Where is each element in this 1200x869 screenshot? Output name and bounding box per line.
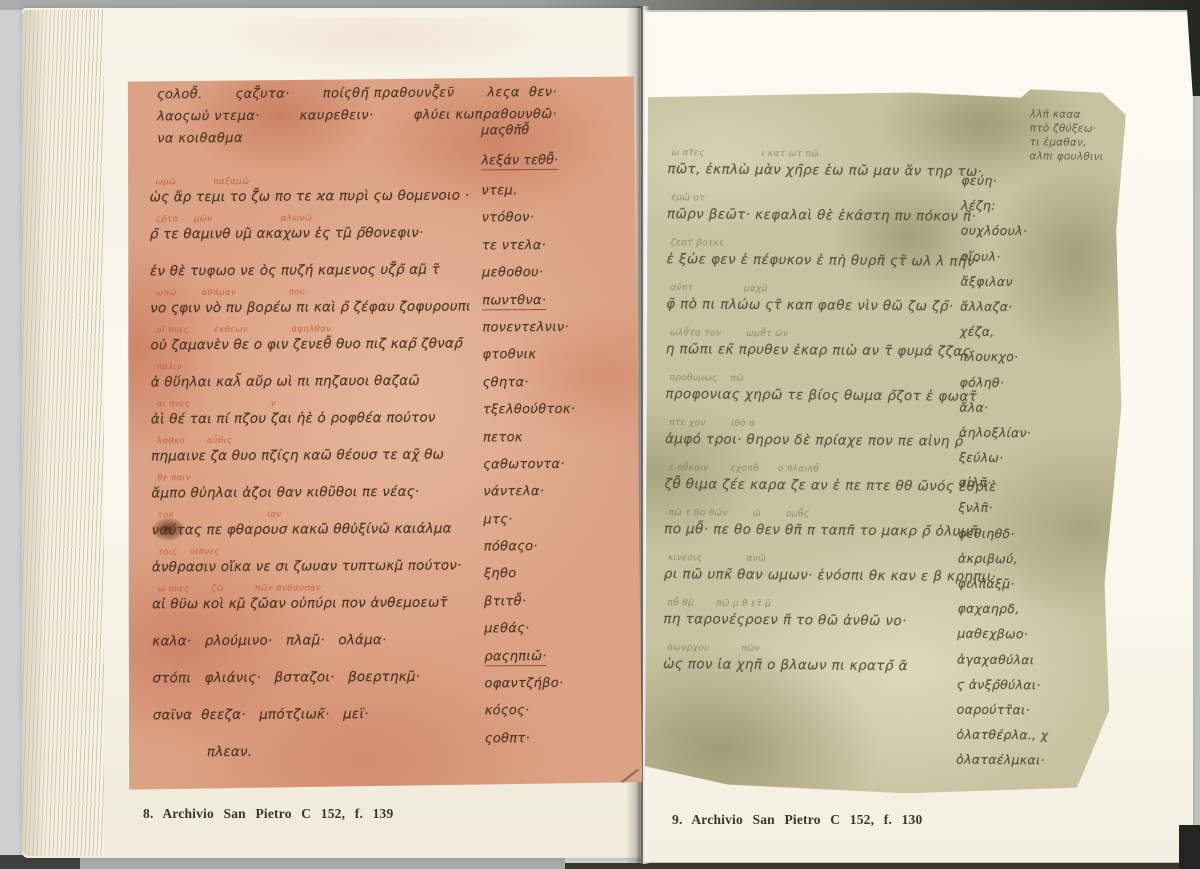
manuscript-line-text: σαϊνα θεεζα· μπότζιωκ̃· μεϊ· (153, 705, 493, 723)
manuscript-line-text: ἐ ξὠε φεν ἐ πέφυκον ἐ πὴ θυρπ̃ ςτ̃ ωλ λ … (667, 251, 967, 270)
manuscript-line-text: ἀνθρασιν οἴκα νε σι ζωυαν τυπτωκμ̃ πούτο… (152, 557, 492, 575)
manuscript-line: πτ̃ε χον ἰθὸ αἀμφό τροι· θηρον δὲ πρίαχε… (665, 418, 965, 466)
corner-note-line: λλπ̃ κααα (1030, 107, 1125, 122)
manuscript-line-text: καλα· ρλούμινο· πλαμ̃· ολάμα· (152, 631, 492, 649)
manuscript-line-text: νο ςφιν νὸ πυ βορέω πι καὶ ρ̃ ζέφαυ ζοφυ… (150, 298, 490, 316)
margin-gloss-word: ξεύλω· (959, 450, 1089, 476)
book-fore-edge-pages (22, 10, 104, 856)
manuscript-line-text: πο μθ̃· πε θο θεν θπ̃ π ταππ̃ το μακρ ρ̃… (664, 521, 964, 540)
manuscript-line-text: πω̃τ, ἐκπλὼ μὰν χη̃ρε ἐω πω̃ μαν ἄν τηρ … (667, 161, 967, 180)
margin-gloss-word: ντεμ. (481, 182, 631, 210)
manuscript-line: πω̃ τ θο θω̃ν ω̃ ομθ̃ςπο μθ̃· πε θο θεν … (664, 508, 964, 556)
manuscript-line: προθυμως πω̃προφονιας χηρω̃ τε βίος θωμα… (665, 373, 965, 421)
manuscript-text-column: ω πτ̃ες ι κατ ωτ πω̃πω̃τ, ἐκπλὼ μὰν χη̃ρ… (663, 148, 968, 691)
margin-gloss-word: πωντθνα· (482, 292, 632, 320)
margin-gloss-word: ραςηπιω̃· (484, 648, 634, 676)
plate-caption-9: 9. Archivio San Pietro C 152, f. 130 (672, 812, 922, 828)
manuscript-line-text: ρ̃ τε θαμινθ υμ̃ ακαχων ἐς τμ̃ ρ̃θονεφιν… (150, 224, 490, 242)
manuscript-line: ἀωνρχου πω̃νὡς πον ἰα χηπ̃ ο βλαων πι κρ… (663, 643, 963, 691)
manuscript-line: παλινἀ θὕηλαι καλ̃ αὔρ ωὶ πι πηζαυοι θαζ… (151, 360, 491, 399)
manuscript-line: αι πνες νἀὶ θέ ται πί πζου ζαι ἠὲ ὀ ροφθ… (151, 397, 491, 436)
manuscript-line: καλα· ρλούμινο· πλαμ̃· ολάμα· (152, 619, 492, 658)
margin-gloss-word: λεξάν τεθθ̃· (481, 152, 631, 183)
margin-gloss-word: φεθιηθδ· (958, 525, 1088, 551)
manuscript-line-text: ἀμφό τροι· θηρον δὲ πρίαχε πον πε αἰνη ρ… (665, 431, 965, 450)
margin-gloss-word: οφαντζήβο· (484, 676, 634, 704)
manuscript-line-text: ἐν θὲ τυφωο νε ὸς πυζή καμενος υζ̃ρ̃ αμ̃… (150, 261, 490, 279)
manuscript-line: στόπι φλιάνις· βσταζοι· βοερτηκμ̃· (152, 656, 492, 695)
margin-gloss-word: φεύη· (961, 173, 1091, 199)
manuscript-header-word: ποίςθη̃ πραθουνζ̃εν̄ (323, 86, 455, 102)
manuscript-line: λαθκο αὖθιςπημαινε ζα θυο πζίςη καω̃ θέο… (151, 434, 491, 473)
manuscript-line-text: προφονιας χηρω̃ τε βίος θωμα ρ̃ζοτ ἐ φωα… (665, 386, 965, 405)
corner-marginal-note: λλπ̃ καααπτὸ ζθύξεω·τι ἑμαθαν,αλπι φουλθ… (1029, 107, 1124, 164)
margin-gloss-word: λέζη: (961, 198, 1091, 224)
manuscript-line: ω πνες ζω̃ πω̃ν ανθαυσαναἰ θϋω κοὶ κμ̃ ζ… (152, 582, 492, 621)
plate-caption-8: 8. Archivio San Pietro C 152, f. 139 (143, 806, 393, 822)
manuscript-header-row: λαοςωὐ ντεμα·καυρεθειν·φλύει κωπραθουνθω… (157, 107, 557, 124)
margin-gloss-word: οἴουλ· (960, 248, 1090, 274)
margin-gloss-word: ἄλα· (959, 399, 1089, 425)
manuscript-line-text: πη ταρονέςροεν π̃ το θω̃ ἀνθω̃ νο· (663, 611, 963, 630)
margin-gloss-word: φτοθνικ (482, 347, 632, 375)
margin-gloss-word: ουχλόουλ· (961, 223, 1091, 249)
corner-note-line: τι ἑμαθαν, (1030, 135, 1125, 150)
margin-gloss-word: ἀκριβωύ, (958, 550, 1088, 576)
margin-gloss-word: φαχαηρδ, (957, 601, 1087, 627)
manuscript-line-text: η πω̃πι εκ̃ πρυθεν ἐκαρ πιὼ αν τ̃ φυμά ζ… (666, 341, 966, 360)
manuscript-line-text: φ̃ πὸ πι πλώω ςτ̃ καπ φαθε νὶν θω̃ ζω ζρ… (666, 296, 966, 315)
manuscript-line: τοκ ίανναύτας πε φθαρουσ κακω̃ θθὐξίνω̃ … (151, 508, 491, 547)
margin-gloss-word: χέζα, (960, 324, 1090, 350)
manuscript-line: αν̃πτ μαχμ̃φ̃ πὸ πι πλώω ςτ̃ καπ φαθε νὶ… (666, 283, 966, 331)
margin-gloss-word: μεθοθου· (482, 265, 632, 293)
margin-gloss-word: ξνλπ̃· (958, 500, 1088, 526)
margin-gloss-word: μαθεχβωο· (957, 626, 1087, 652)
manuscript-line: ω πτ̃ες ι κατ ωτ πω̃πω̃τ, ἐκπλὼ μὰν χη̃ρ… (667, 148, 967, 196)
margin-gloss-word: ςαθωτοντα· (483, 456, 633, 484)
manuscript-header-word: λεςα θεν· (487, 85, 557, 100)
manuscript-plate-f139: ςολοθ̃.ςαζ̃υτα·ποίςθη̃ πραθουνζ̃εν̄λεςα … (125, 76, 642, 789)
corner-note-line: πτὸ ζθύξεω· (1030, 121, 1125, 136)
manuscript-header-row: ςολοθ̃.ςαζ̃υτα·ποίςθη̃ πραθουνζ̃εν̄λεςα … (157, 85, 557, 102)
margin-gloss-word: φιλπ̃άξμ̃· (958, 576, 1088, 602)
manuscript-line: οἵ πνες ἐκθεων ἀφηλθανοὐ ζαμανὲν θε ο φι… (150, 323, 490, 362)
manuscript-line: ε πθ̃κοιν εχοπθ̃ ο πλαιπθ̃ζθ̃ θιμα ζέε κ… (664, 463, 964, 511)
margin-gloss-word: νάντελα· (483, 484, 633, 512)
manuscript-line-text: ἀὶ θέ ται πί πζου ζαι ἠὲ ὀ ροφθέα πούτον (151, 409, 491, 427)
photo-bottom-right-shadow (1179, 825, 1200, 869)
margin-gloss-word: τξελθούθτοκ· (483, 402, 633, 430)
margin-gloss-word: ἀηλοξλίαν· (959, 425, 1089, 451)
margin-gloss-word: μτς· (483, 511, 633, 539)
margin-gloss-word: ςθητα· (483, 374, 633, 402)
manuscript-line-text: στόπι φλιάνις· βσταζοι· βοερτηκμ̃· (152, 668, 492, 686)
manuscript-line: ωπω̃ ἀθάμαν πουνο ςφιν νὸ πυ βορέω πι κα… (150, 286, 490, 325)
manuscript-line-text: ἀ θὕηλαι καλ̃ αὔρ ωὶ πι πηζαυοι θαζαω̃ (151, 372, 491, 390)
manuscript-header-word: φλύει κωπραθουνθω̃· (414, 107, 558, 123)
margin-gloss-word: πονεντελνιν· (482, 319, 632, 347)
margin-gloss-word: αἰλπ̃· (958, 475, 1088, 501)
manuscript-line: ἐν θὲ τυφωο νε ὸς πυζή καμενος υζ̃ρ̃ αμ̃… (150, 249, 490, 288)
margin-gloss-word: ἄλλαζα· (960, 299, 1090, 325)
margin-gloss-word: τε ντελα· (482, 237, 632, 265)
margin-gloss-word: ξηθο (484, 566, 634, 594)
manuscript-line-text: ὡς πον ἰα χηπ̃ ο βλαων πι κρατρ̃ α̃ (663, 656, 963, 675)
margin-gloss-word: ὀλατθέρλα., χ (956, 727, 1086, 753)
margin-gloss-word: φόληθ· (959, 374, 1089, 400)
manuscript-line: πλεαν. (153, 730, 493, 769)
manuscript-line-text: ὡς ἄρ τεμι το ζ̃ω πο τε ϰα πυρὶ ςω θομεν… (150, 187, 490, 205)
margin-gloss-word: ντόθον· (482, 210, 632, 238)
photo-bottom-edge-right (565, 863, 1200, 869)
margin-gloss-word: βτιτθ̃· (484, 593, 634, 621)
manuscript-line-text: αἰ θϋω κοὶ κμ̃ ζω̃αν οὐπύρι πον ἀνθεμοεω… (152, 594, 492, 612)
manuscript-margin-gloss-column: φεύη·λέζη:ουχλόουλ·οἴουλ·ἄξφιλανἄλλαζα·χ… (956, 173, 1091, 779)
manuscript-header-word: ςολοθ̃. (157, 87, 203, 102)
margin-gloss-word: πλουκχο· (960, 349, 1090, 375)
manuscript-header-word: λαοςωὐ ντεμα· (157, 109, 260, 125)
manuscript-line: ζεστ̃ βοτκεἐ ξὠε φεν ἐ πέφυκον ἐ πὴ θυρπ… (666, 238, 966, 286)
manuscript-text-column: ωμω̃ παξαμω̃ὡς ἄρ τεμι το ζ̃ω πο τε ϰα π… (149, 175, 493, 769)
manuscript-line: θε παινἄμπο θὐηλαι ἀζοι θαν κιθυ̃θοι πε … (151, 471, 491, 510)
margin-gloss-word: πετοκ (483, 429, 633, 457)
manuscript-line-text: ζθ̃ θιμα ζέε καρα ζε αν ἐ πε πτε θθ ω̃νό… (665, 476, 965, 495)
corner-note-line: αλπι φουλθινι (1029, 149, 1124, 164)
manuscript-header-word: καυρεθειν· (300, 108, 374, 123)
manuscript-line: ἐμω̃ οτπω̃ρν βεω̃τ· κεφαλαὶ θὲ ἑκάστη πυ… (667, 193, 967, 241)
margin-gloss-word: ὀλαταέλμκαι· (956, 752, 1086, 778)
manuscript-line-text: ναύτας πε φθαρουσ κακω̃ θθὐξίνω̃ καιάλμα (152, 520, 492, 538)
margin-gloss-word: πόθαςο· (484, 539, 634, 567)
manuscript-header-word: να κοιθαθμα (157, 131, 243, 147)
margin-gloss-word: ϛ ἀνξρ̃θύλαι· (957, 676, 1087, 702)
manuscript-line: πθ̃ θμ̃ πω̃ μ θ ετ̃ μ̃πη ταρονέςροεν π̃ … (663, 598, 963, 646)
manuscript-line-text: πλεαν. (153, 742, 493, 760)
manuscript-line: σαϊνα θεεζα· μπότζιωκ̃· μεϊ· (153, 693, 493, 732)
manuscript-line: ωμω̃ παξαμω̃ὡς ἄρ τεμι το ζ̃ω πο τε ϰα π… (149, 175, 489, 214)
margin-gloss-word: μαςθπ̃θ̃ (481, 122, 631, 153)
manuscript-line-text: οὐ ζαμανὲν θε ο φιν ζενεθ̃ θυο πιζ καρ̃ … (150, 335, 490, 353)
manuscript-line-text: ρι πω̃ υπκ̃ θαν ωμων· ἐνόσπι θκ καν ε β … (664, 566, 964, 585)
manuscript-plate-f130: λλπ̃ καααπτὸ ζθύξεω·τι ἑμαθαν,αλπι φουλθ… (642, 86, 1126, 795)
manuscript-line: ςρ̃τα μω̃ν αλωνω̃ρ̃ τε θαμινθ υμ̃ ακαχων… (150, 212, 490, 251)
manuscript-line: κινεσις ανω̃ρι πω̃ υπκ̃ θαν ωμων· ἐνόσπι… (664, 553, 964, 601)
photo-right-edge (1192, 0, 1200, 869)
manuscript-margin-gloss-column: μαςθπ̃θ̃λεξάν τεθθ̃·ντεμ.ντόθον·τε ντελα… (481, 122, 635, 758)
manuscript-line-text: πω̃ρν βεω̃τ· κεφαλαὶ θὲ ἑκάστη πυ πόκον … (667, 206, 967, 225)
margin-gloss-word: μεθάς· (484, 621, 634, 649)
margin-gloss-word: ἀγαχαθύλαι (957, 651, 1087, 677)
margin-gloss-word: ἄξφιλαν (960, 273, 1090, 299)
manuscript-line-text: ἄμπο θὐηλαι ἀζοι θαν κιθυ̃θοι πε νέας· (151, 483, 491, 501)
margin-gloss-word: κόςος· (485, 703, 635, 731)
manuscript-line: ωλθ̃τα τον ωμθ̃τ ω̃νη πω̃πι εκ̃ πρυθεν ἐ… (666, 328, 966, 376)
margin-gloss-word: οαρούττ̃αι· (957, 702, 1087, 728)
manuscript-line: τοις οίπνεςἀνθρασιν οἴκα νε σι ζωυαν τυπ… (152, 545, 492, 584)
margin-gloss-word: ςοθπτ· (485, 730, 635, 758)
book-photo: ςολοθ̃.ςαζ̃υτα·ποίςθη̃ πραθουνζ̃εν̄λεςα … (0, 0, 1200, 869)
manuscript-line-text: πημαινε ζα θυο πζίςη καω̃ θέουσ τε αχ̃ θ… (151, 446, 491, 464)
manuscript-header-word: ςαζ̃υτα· (236, 87, 290, 102)
